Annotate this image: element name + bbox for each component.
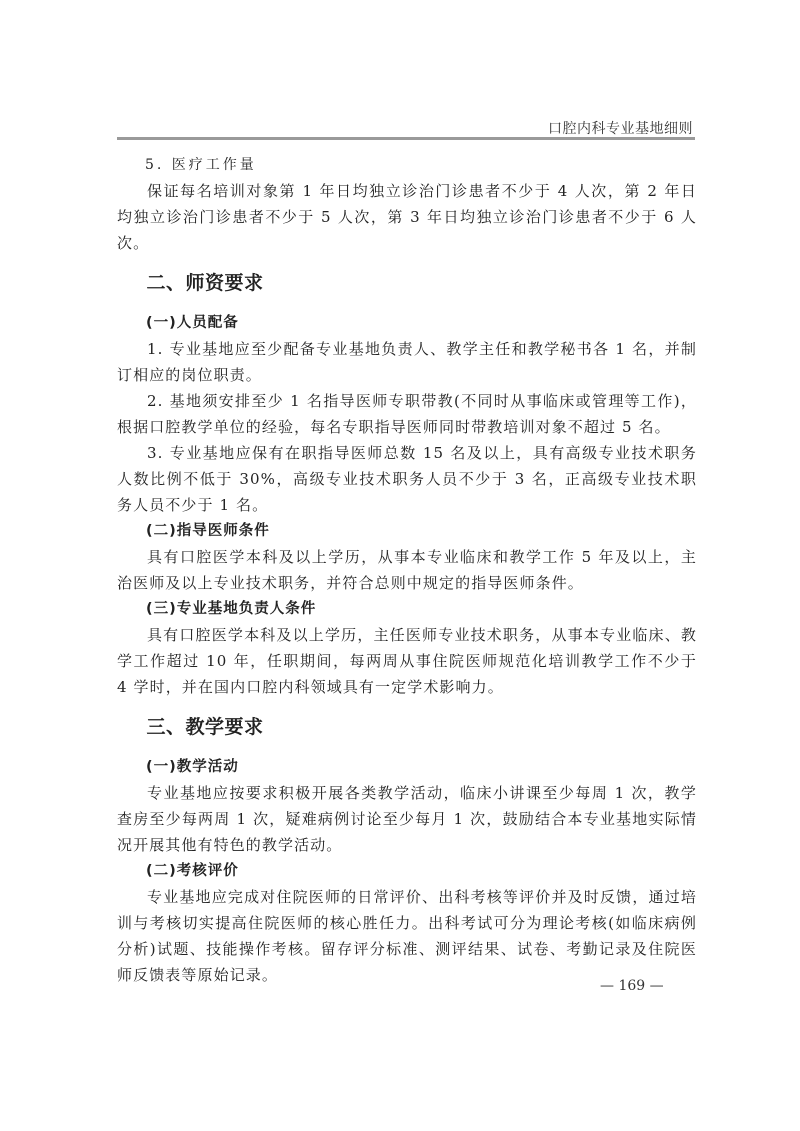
paragraph-director: 具有口腔医学本科及以上学历，主任医师专业技术职务，从事本专业临床、教学工作超过 … [117,622,697,700]
subheading-director: (三)专业基地负责人条件 [117,596,697,622]
page-number: — 169 — [600,978,664,994]
header-rule [117,137,695,140]
section-heading-teaching: 三、教学要求 [117,710,697,744]
running-header-title: 口腔内科专业基地细则 [548,118,693,138]
subheading-staffing: (一)人员配备 [117,310,697,336]
subheading-instructor: (二)指导医师条件 [117,518,697,544]
paragraph-staffing-1: 1. 专业基地应至少配备专业基地负责人、教学主任和教学秘书各 1 名，并制订相应… [117,336,697,388]
document-page: 口腔内科专业基地细则 5. 医疗工作量 保证每名培训对象第 1 年日均独立诊治门… [0,0,800,1131]
section-heading-teachers: 二、师资要求 [117,266,697,300]
subheading-activities: (一)教学活动 [117,754,697,780]
paragraph-staffing-3: 3. 专业基地应保有在职指导医师总数 15 名及以上，具有高级专业技术职务人数比… [117,440,697,518]
paragraph-staffing-2: 2. 基地须安排至少 1 名指导医师专职带教(不同时从事临床或管理等工作)，根据… [117,388,697,440]
subheading-assessment: (二)考核评价 [117,858,697,884]
item-title-workload: 5. 医疗工作量 [117,152,697,178]
paragraph-workload: 保证每名培训对象第 1 年日均独立诊治门诊患者不少于 4 人次，第 2 年日均独… [117,178,697,256]
paragraph-assessment: 专业基地应完成对住院医师的日常评价、出科考核等评价并及时反馈，通过培训与考核切实… [117,884,697,988]
paragraph-activities: 专业基地应按要求积极开展各类教学活动，临床小讲课至少每周 1 次，教学查房至少每… [117,780,697,858]
page-content: 5. 医疗工作量 保证每名培训对象第 1 年日均独立诊治门诊患者不少于 4 人次… [117,152,697,988]
paragraph-instructor: 具有口腔医学本科及以上学历，从事本专业临床和教学工作 5 年及以上，主治医师及以… [117,544,697,596]
